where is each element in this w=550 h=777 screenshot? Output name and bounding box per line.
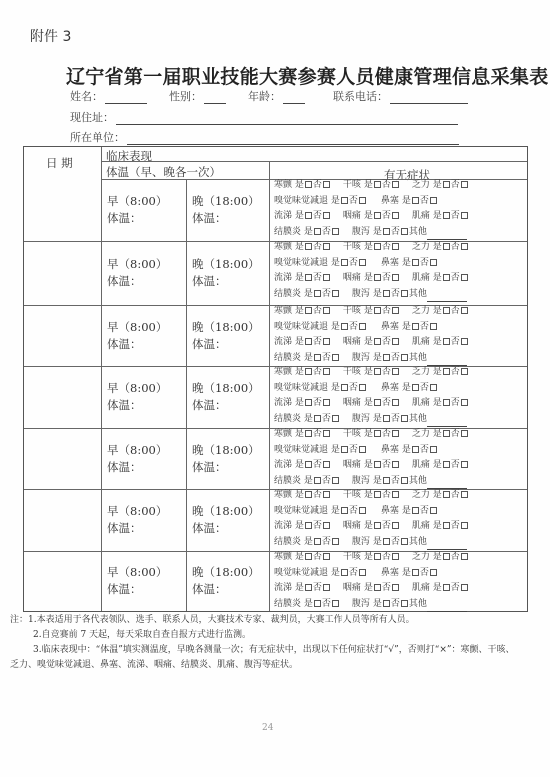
yes-checkbox[interactable] <box>305 491 312 498</box>
no-checkbox[interactable] <box>461 553 468 560</box>
temperature-column-header: 体温（早、晚各一次） <box>106 164 221 180</box>
yes-checkbox[interactable] <box>314 354 321 361</box>
no-checkbox[interactable] <box>332 415 339 422</box>
yes-checkbox[interactable] <box>341 507 348 514</box>
yes-label: 是 <box>364 552 373 562</box>
yes-checkbox[interactable] <box>374 553 381 560</box>
symptom-name: 干咳 <box>343 490 361 500</box>
symptom-name: 腹泻 <box>352 476 370 486</box>
symptom-line: 结膜炎 是否腹泻 是否其他 <box>274 225 469 241</box>
symptom-item: 流涕 是否 <box>274 519 331 535</box>
symptom-item: 嗅觉味觉减退 是否 <box>274 194 367 210</box>
no-checkbox[interactable] <box>430 197 437 204</box>
no-checkbox[interactable] <box>323 212 330 219</box>
yes-checkbox[interactable] <box>443 430 450 437</box>
no-checkbox[interactable] <box>332 538 339 545</box>
no-checkbox[interactable] <box>461 243 468 250</box>
yes-checkbox[interactable] <box>443 491 450 498</box>
employer-label: 所在单位： <box>70 129 125 145</box>
yes-checkbox[interactable] <box>341 323 348 330</box>
symptom-item: 腹泻 是否 <box>352 597 409 613</box>
yes-label: 是 <box>331 506 340 516</box>
no-checkbox[interactable] <box>359 323 366 330</box>
no-label: 否 <box>451 306 460 316</box>
no-label: 否 <box>322 476 331 486</box>
evening-temperature-cell[interactable]: 晚（18:00）体温： <box>192 256 260 290</box>
yes-checkbox[interactable] <box>443 274 450 281</box>
no-checkbox[interactable] <box>359 507 366 514</box>
no-checkbox[interactable] <box>392 307 399 314</box>
no-checkbox[interactable] <box>430 507 437 514</box>
no-checkbox[interactable] <box>392 399 399 406</box>
yes-label: 是 <box>295 337 304 347</box>
symptom-item: 鼻塞 是否 <box>381 443 438 459</box>
no-label: 否 <box>382 398 391 408</box>
morning-temperature-cell[interactable]: 早（8:00）体温： <box>107 442 167 476</box>
symptom-item: 鼻塞 是否 <box>381 566 438 582</box>
yes-label: 是 <box>304 537 313 547</box>
no-checkbox[interactable] <box>332 477 339 484</box>
yes-checkbox[interactable] <box>412 507 419 514</box>
yes-checkbox[interactable] <box>305 307 312 314</box>
yes-label: 是 <box>364 242 373 252</box>
yes-label: 是 <box>433 552 442 562</box>
symptom-item: 干咳 是否 <box>343 488 400 504</box>
no-checkbox[interactable] <box>392 584 399 591</box>
no-label: 否 <box>313 211 322 221</box>
yes-checkbox[interactable] <box>314 228 321 235</box>
no-checkbox[interactable] <box>461 522 468 529</box>
no-label: 否 <box>451 367 460 377</box>
no-checkbox[interactable] <box>359 569 366 576</box>
yes-label: 是 <box>304 289 313 299</box>
symptom-name: 咽痛 <box>343 211 361 221</box>
no-checkbox[interactable] <box>401 477 408 484</box>
gender-field[interactable] <box>204 91 226 104</box>
symptom-item: 干咳 是否 <box>343 240 400 256</box>
symptom-item: 咽痛 是否 <box>343 581 400 597</box>
yes-checkbox[interactable] <box>412 197 419 204</box>
symptom-name: 乏力 <box>412 490 430 500</box>
symptom-item: 肌痛 是否 <box>412 271 469 287</box>
no-checkbox[interactable] <box>323 181 330 188</box>
symptom-name: 嗅觉味觉减退 <box>274 383 328 393</box>
morning-temperature-cell[interactable]: 早（8:00）体温： <box>107 380 167 414</box>
other-field[interactable] <box>427 417 467 427</box>
no-checkbox[interactable] <box>461 181 468 188</box>
no-checkbox[interactable] <box>359 446 366 453</box>
no-label: 否 <box>313 180 322 190</box>
yes-checkbox[interactable] <box>341 569 348 576</box>
yes-label: 是 <box>433 429 442 439</box>
no-checkbox[interactable] <box>392 522 399 529</box>
yes-checkbox[interactable] <box>305 461 312 468</box>
evening-temperature-cell[interactable]: 晚（18:00）体温： <box>192 503 260 537</box>
no-label: 否 <box>451 242 460 252</box>
no-checkbox[interactable] <box>430 446 437 453</box>
evening-temperature-cell[interactable]: 晚（18:00）体温： <box>192 442 260 476</box>
address-field[interactable] <box>116 112 458 125</box>
symptoms-cell: 寒颤 是否干咳 是否乏力 是否嗅觉味觉减退 是否鼻塞 是否流涕 是否咽痛 是否肌… <box>274 550 469 612</box>
page-number: 24 <box>262 723 273 733</box>
no-checkbox[interactable] <box>392 338 399 345</box>
symptom-name: 寒颤 <box>274 242 292 252</box>
yes-checkbox[interactable] <box>305 181 312 188</box>
yes-checkbox[interactable] <box>412 323 419 330</box>
symptom-item: 嗅觉味觉减退 是否 <box>274 320 367 336</box>
morning-label: 早（8:00） <box>107 564 167 581</box>
yes-label: 是 <box>364 306 373 316</box>
yes-checkbox[interactable] <box>443 399 450 406</box>
evening-temperature-cell[interactable]: 晚（18:00）体温： <box>192 380 260 414</box>
symptom-line: 结膜炎 是否腹泻 是否其他 <box>274 412 469 428</box>
symptom-item: 流涕 是否 <box>274 581 331 597</box>
evening-label: 晚（18:00） <box>192 256 260 273</box>
symptom-item: 咽痛 是否 <box>343 458 400 474</box>
other-label: 其他 <box>409 353 427 363</box>
symptom-item: 肌痛 是否 <box>412 581 469 597</box>
yes-label: 是 <box>364 398 373 408</box>
symptom-name: 肌痛 <box>412 211 430 221</box>
symptom-item: 流涕 是否 <box>274 396 331 412</box>
yes-checkbox[interactable] <box>443 522 450 529</box>
yes-checkbox[interactable] <box>443 307 450 314</box>
no-checkbox[interactable] <box>332 228 339 235</box>
symptom-item: 结膜炎 是否 <box>274 351 340 367</box>
yes-label: 是 <box>364 337 373 347</box>
yes-label: 是 <box>373 599 382 609</box>
no-checkbox[interactable] <box>359 197 366 204</box>
yes-checkbox[interactable] <box>314 415 321 422</box>
no-checkbox[interactable] <box>401 415 408 422</box>
symptom-item: 鼻塞 是否 <box>381 194 438 210</box>
yes-checkbox[interactable] <box>383 600 390 607</box>
symptom-name: 嗅觉味觉减退 <box>274 445 328 455</box>
no-checkbox[interactable] <box>392 368 399 375</box>
yes-checkbox[interactable] <box>443 584 450 591</box>
no-label: 否 <box>382 429 391 439</box>
temperature-label: 体温： <box>192 520 260 537</box>
evening-temperature-cell[interactable]: 晚（18:00）体温： <box>192 564 260 598</box>
evening-temperature-cell[interactable]: 晚（18:00）体温： <box>192 193 260 227</box>
symptom-name: 鼻塞 <box>381 568 399 578</box>
no-checkbox[interactable] <box>401 600 408 607</box>
no-checkbox[interactable] <box>323 522 330 529</box>
symptom-line: 结膜炎 是否腹泻 是否其他 <box>274 287 469 303</box>
yes-checkbox[interactable] <box>341 259 348 266</box>
yes-checkbox[interactable] <box>443 181 450 188</box>
yes-checkbox[interactable] <box>374 212 381 219</box>
symptom-name: 乏力 <box>412 306 430 316</box>
no-checkbox[interactable] <box>392 491 399 498</box>
yes-checkbox[interactable] <box>305 212 312 219</box>
symptom-item: 结膜炎 是否 <box>274 225 340 241</box>
no-checkbox[interactable] <box>332 600 339 607</box>
no-label: 否 <box>451 521 460 531</box>
no-label: 否 <box>313 552 322 562</box>
no-checkbox[interactable] <box>323 430 330 437</box>
no-label: 否 <box>322 289 331 299</box>
yes-label: 是 <box>295 521 304 531</box>
symptom-line: 寒颤 是否干咳 是否乏力 是否 <box>274 178 469 194</box>
symptom-item: 肌痛 是否 <box>412 396 469 412</box>
yes-checkbox[interactable] <box>305 430 312 437</box>
yes-checkbox[interactable] <box>443 212 450 219</box>
yes-checkbox[interactable] <box>374 430 381 437</box>
no-checkbox[interactable] <box>323 399 330 406</box>
attachment-label: 附件 3 <box>30 26 71 46</box>
other-label: 其他 <box>409 537 427 547</box>
symptom-line: 结膜炎 是否腹泻 是否其他 <box>274 474 469 490</box>
symptom-name: 咽痛 <box>343 460 361 470</box>
symptom-name: 寒颤 <box>274 180 292 190</box>
symptom-name: 干咳 <box>343 367 361 377</box>
no-label: 否 <box>382 337 391 347</box>
yes-checkbox[interactable] <box>305 274 312 281</box>
yes-label: 是 <box>433 367 442 377</box>
yes-checkbox[interactable] <box>374 307 381 314</box>
no-checkbox[interactable] <box>323 553 330 560</box>
no-checkbox[interactable] <box>461 368 468 375</box>
yes-checkbox[interactable] <box>341 197 348 204</box>
yes-label: 是 <box>373 353 382 363</box>
no-label: 否 <box>313 273 322 283</box>
yes-checkbox[interactable] <box>374 491 381 498</box>
symptom-name: 肌痛 <box>412 460 430 470</box>
no-label: 否 <box>382 242 391 252</box>
yes-checkbox[interactable] <box>305 338 312 345</box>
yes-checkbox[interactable] <box>383 415 390 422</box>
no-checkbox[interactable] <box>332 354 339 361</box>
other-field[interactable] <box>427 230 467 240</box>
no-checkbox[interactable] <box>323 274 330 281</box>
yes-checkbox[interactable] <box>412 259 419 266</box>
no-checkbox[interactable] <box>430 384 437 391</box>
other-field[interactable] <box>427 540 467 550</box>
yes-checkbox[interactable] <box>443 461 450 468</box>
yes-checkbox[interactable] <box>443 243 450 250</box>
symptom-name: 流涕 <box>274 460 292 470</box>
no-label: 否 <box>382 180 391 190</box>
no-checkbox[interactable] <box>461 399 468 406</box>
no-checkbox[interactable] <box>461 430 468 437</box>
morning-label: 早（8:00） <box>107 256 167 273</box>
no-checkbox[interactable] <box>332 290 339 297</box>
no-label: 否 <box>451 583 460 593</box>
employer-field[interactable] <box>127 132 459 145</box>
no-checkbox[interactable] <box>461 274 468 281</box>
symptom-item: 肌痛 是否 <box>412 335 469 351</box>
yes-checkbox[interactable] <box>383 228 390 235</box>
symptom-name: 咽痛 <box>343 398 361 408</box>
no-checkbox[interactable] <box>461 584 468 591</box>
morning-temperature-cell[interactable]: 早（8:00）体温： <box>107 564 167 598</box>
yes-checkbox[interactable] <box>412 569 419 576</box>
no-label: 否 <box>349 383 358 393</box>
temperature-label: 体温： <box>192 581 260 598</box>
no-checkbox[interactable] <box>392 212 399 219</box>
morning-temperature-cell[interactable]: 早（8:00）体温： <box>107 193 167 227</box>
note-2: 2.自竞赛前 7 天起，每天采取自查自报方式进行监测。 <box>10 628 545 643</box>
yes-checkbox[interactable] <box>374 243 381 250</box>
yes-checkbox[interactable] <box>383 354 390 361</box>
yes-checkbox[interactable] <box>374 181 381 188</box>
yes-label: 是 <box>304 414 313 424</box>
phone-field[interactable] <box>390 91 468 104</box>
symptom-name: 结膜炎 <box>274 289 301 299</box>
no-checkbox[interactable] <box>323 368 330 375</box>
no-checkbox[interactable] <box>323 461 330 468</box>
symptom-name: 鼻塞 <box>381 322 399 332</box>
no-label: 否 <box>313 429 322 439</box>
no-checkbox[interactable] <box>430 259 437 266</box>
symptom-line: 结膜炎 是否腹泻 是否其他 <box>274 597 469 613</box>
yes-label: 是 <box>433 490 442 500</box>
no-checkbox[interactable] <box>392 274 399 281</box>
symptom-item: 干咳 是否 <box>343 550 400 566</box>
no-checkbox[interactable] <box>401 290 408 297</box>
yes-checkbox[interactable] <box>305 522 312 529</box>
yes-checkbox[interactable] <box>383 290 390 297</box>
name-field[interactable] <box>105 91 147 104</box>
no-label: 否 <box>313 398 322 408</box>
yes-label: 是 <box>304 353 313 363</box>
yes-checkbox[interactable] <box>443 338 450 345</box>
symptom-name: 嗅觉味觉减退 <box>274 258 328 268</box>
no-checkbox[interactable] <box>461 212 468 219</box>
yes-checkbox[interactable] <box>305 243 312 250</box>
yes-label: 是 <box>433 273 442 283</box>
yes-checkbox[interactable] <box>341 446 348 453</box>
symptom-name: 干咳 <box>343 429 361 439</box>
no-checkbox[interactable] <box>392 430 399 437</box>
no-checkbox[interactable] <box>401 228 408 235</box>
symptom-item: 腹泻 是否 <box>352 535 409 551</box>
yes-checkbox[interactable] <box>443 368 450 375</box>
no-label: 否 <box>420 258 429 268</box>
yes-checkbox[interactable] <box>314 538 321 545</box>
yes-checkbox[interactable] <box>443 553 450 560</box>
yes-checkbox[interactable] <box>305 399 312 406</box>
yes-checkbox[interactable] <box>374 522 381 529</box>
yes-checkbox[interactable] <box>341 384 348 391</box>
no-checkbox[interactable] <box>392 461 399 468</box>
no-checkbox[interactable] <box>430 323 437 330</box>
other-field[interactable] <box>427 292 467 302</box>
no-label: 否 <box>420 322 429 332</box>
symptom-line: 寒颤 是否干咳 是否乏力 是否 <box>274 304 469 320</box>
yes-checkbox[interactable] <box>305 553 312 560</box>
no-checkbox[interactable] <box>392 243 399 250</box>
symptom-name: 干咳 <box>343 242 361 252</box>
no-checkbox[interactable] <box>323 584 330 591</box>
yes-checkbox[interactable] <box>314 290 321 297</box>
no-label: 否 <box>451 552 460 562</box>
yes-label: 是 <box>295 398 304 408</box>
no-label: 否 <box>382 211 391 221</box>
evening-label: 晚（18:00） <box>192 193 260 210</box>
morning-temperature-cell[interactable]: 早（8:00）体温： <box>107 503 167 537</box>
symptom-item: 乏力 是否 <box>412 427 469 443</box>
no-checkbox[interactable] <box>461 338 468 345</box>
symptom-name: 寒颤 <box>274 367 292 377</box>
yes-checkbox[interactable] <box>305 368 312 375</box>
yes-label: 是 <box>402 196 411 206</box>
temperature-label: 体温： <box>192 397 260 414</box>
symptom-item: 寒颤 是否 <box>274 178 331 194</box>
symptom-item: 肌痛 是否 <box>412 458 469 474</box>
no-label: 否 <box>382 273 391 283</box>
address-label: 现住址： <box>70 109 114 125</box>
no-checkbox[interactable] <box>359 259 366 266</box>
yes-checkbox[interactable] <box>374 399 381 406</box>
yes-checkbox[interactable] <box>314 477 321 484</box>
yes-checkbox[interactable] <box>374 368 381 375</box>
yes-checkbox[interactable] <box>383 477 390 484</box>
symptom-item: 寒颤 是否 <box>274 304 331 320</box>
symptom-name: 乏力 <box>412 429 430 439</box>
no-label: 否 <box>391 353 400 363</box>
no-checkbox[interactable] <box>323 243 330 250</box>
yes-checkbox[interactable] <box>412 384 419 391</box>
no-label: 否 <box>420 506 429 516</box>
yes-checkbox[interactable] <box>383 538 390 545</box>
yes-checkbox[interactable] <box>374 274 381 281</box>
morning-temperature-cell[interactable]: 早（8:00）体温： <box>107 256 167 290</box>
no-checkbox[interactable] <box>323 491 330 498</box>
symptom-name: 嗅觉味觉减退 <box>274 196 328 206</box>
symptom-item: 乏力 是否 <box>412 304 469 320</box>
symptom-item: 嗅觉味觉减退 是否 <box>274 504 367 520</box>
symptom-name: 干咳 <box>343 306 361 316</box>
morning-label: 早（8:00） <box>107 380 167 397</box>
no-checkbox[interactable] <box>430 569 437 576</box>
no-label: 否 <box>322 353 331 363</box>
yes-checkbox[interactable] <box>412 446 419 453</box>
no-checkbox[interactable] <box>401 538 408 545</box>
symptom-item: 乏力 是否 <box>412 240 469 256</box>
symptom-item: 流涕 是否 <box>274 458 331 474</box>
morning-temperature-cell[interactable]: 早（8:00）体温： <box>107 319 167 353</box>
yes-checkbox[interactable] <box>374 338 381 345</box>
no-checkbox[interactable] <box>323 338 330 345</box>
no-checkbox[interactable] <box>401 354 408 361</box>
no-checkbox[interactable] <box>461 307 468 314</box>
no-checkbox[interactable] <box>323 307 330 314</box>
no-checkbox[interactable] <box>392 553 399 560</box>
symptom-line: 流涕 是否咽痛 是否肌痛 是否 <box>274 458 469 474</box>
yes-checkbox[interactable] <box>374 584 381 591</box>
symptoms-cell: 寒颤 是否干咳 是否乏力 是否嗅觉味觉减退 是否鼻塞 是否流涕 是否咽痛 是否肌… <box>274 488 469 550</box>
no-checkbox[interactable] <box>359 384 366 391</box>
name-label: 姓名： <box>70 88 103 104</box>
yes-checkbox[interactable] <box>314 600 321 607</box>
no-checkbox[interactable] <box>461 491 468 498</box>
symptoms-cell: 寒颤 是否干咳 是否乏力 是否嗅觉味觉减退 是否鼻塞 是否流涕 是否咽痛 是否肌… <box>274 304 469 366</box>
symptom-name: 结膜炎 <box>274 414 301 424</box>
evening-temperature-cell[interactable]: 晚（18:00）体温： <box>192 319 260 353</box>
no-checkbox[interactable] <box>392 181 399 188</box>
yes-checkbox[interactable] <box>305 584 312 591</box>
yes-checkbox[interactable] <box>374 461 381 468</box>
symptom-name: 结膜炎 <box>274 599 301 609</box>
symptom-item: 干咳 是否 <box>343 427 400 443</box>
no-checkbox[interactable] <box>461 461 468 468</box>
other-field[interactable] <box>427 602 467 612</box>
other-symptom: 其他 <box>409 351 467 367</box>
age-field[interactable] <box>283 91 305 104</box>
symptom-name: 腹泻 <box>352 353 370 363</box>
